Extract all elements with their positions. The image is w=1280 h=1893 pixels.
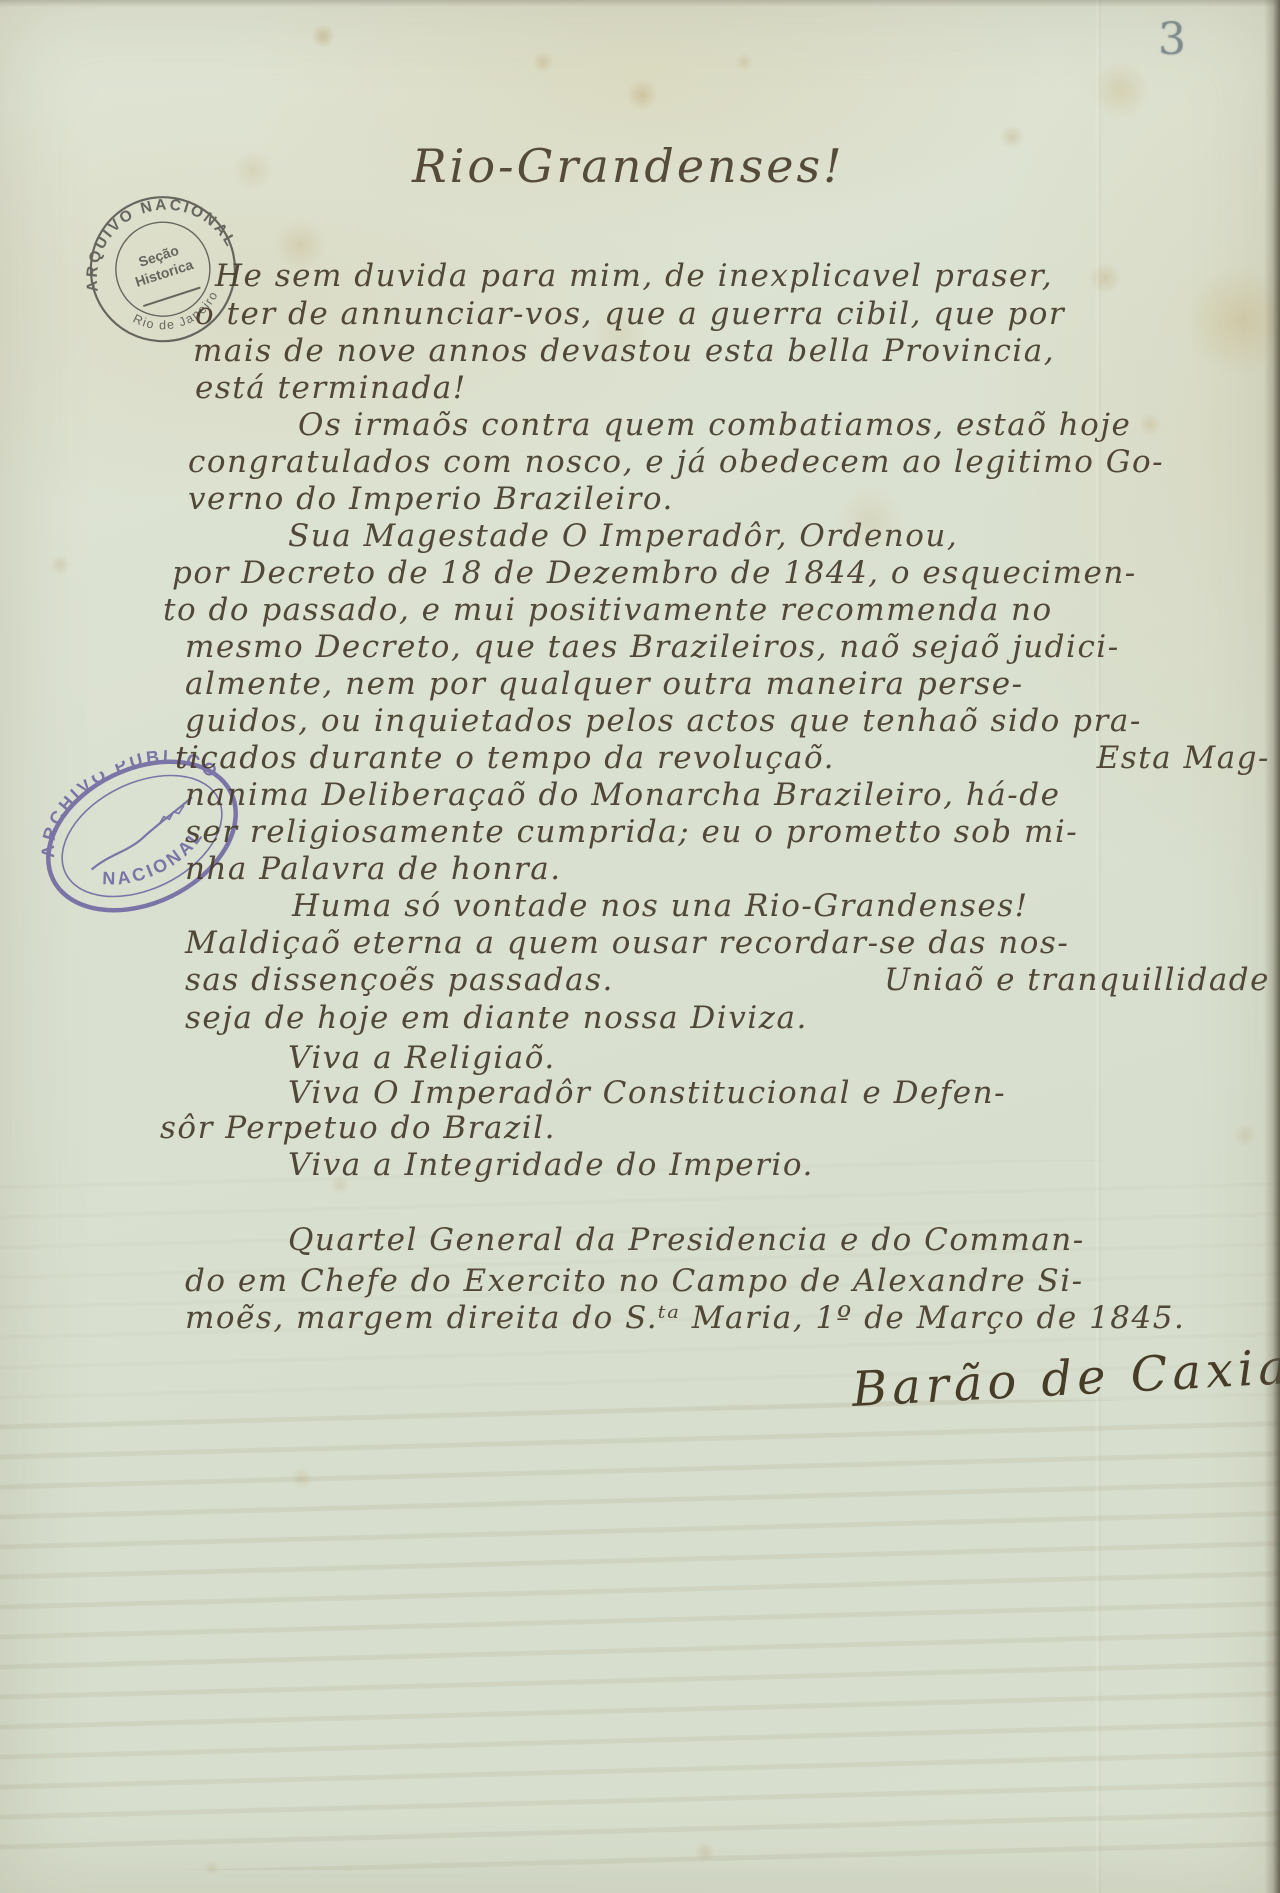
manuscript-line: por Decreto de 18 de Dezembro de 1844, o…: [172, 555, 1137, 591]
manuscript-line: nanima Deliberaçaõ do Monarcha Brazileir…: [185, 777, 1060, 813]
manuscript-line-right: Esta Mag-: [1097, 740, 1270, 776]
manuscript-line: moẽs, margem direita do S.ᵗᵃ Maria, 1º d…: [185, 1300, 1185, 1336]
manuscript-line: almente, nem por qualquer outra maneira …: [185, 666, 1024, 702]
manuscript-line: He sem duvida para mim, de inexplicavel …: [215, 258, 1053, 294]
stamp-center-line1: Seção: [136, 242, 180, 270]
manuscript-line: Viva a Religiaõ.: [288, 1040, 556, 1076]
paper-right-edge: [1264, 0, 1280, 1893]
manuscript-line: mesmo Decreto, que taes Brazileiros, naõ…: [185, 629, 1120, 665]
manuscript-line: Os irmaõs contra quem combatiamos, estaõ…: [298, 407, 1131, 443]
manuscript-line-right: Uniaõ e tranquillidade: [884, 962, 1270, 998]
manuscript-line: sôr Perpetuo do Brazil.: [160, 1110, 556, 1146]
document-title: Rio-Grandenses!: [412, 148, 845, 184]
manuscript-line: ticados durante o tempo da revoluçaõ. Es…: [175, 740, 1270, 776]
stamp-center-line2: Historica: [133, 256, 195, 290]
manuscript-line: mais de nove annos devastou esta bella P…: [193, 333, 1055, 369]
manuscript-line: seja de hoje em diante nossa Diviza.: [185, 1000, 808, 1036]
manuscript-line: sas dissençoẽs passadas. Uniaõ e tranqui…: [185, 962, 1270, 998]
manuscript-line-left: ticados durante o tempo da revoluçaõ.: [175, 740, 835, 776]
signature: Barão de Caxias: [851, 1347, 1280, 1408]
page-number: 3: [1158, 14, 1186, 65]
manuscript-line: do em Chefe do Exercito no Campo de Alex…: [185, 1263, 1084, 1299]
paper-top-edge: [0, 0, 1280, 7]
manuscript-line: nha Palavra de honra.: [185, 851, 562, 887]
manuscript-line: Viva O Imperadôr Constitucional e Defen-: [288, 1075, 1006, 1111]
paper-fold-line: [1095, 0, 1102, 1893]
manuscript-line: Maldiçaõ eterna a quem ousar recordar-se…: [185, 925, 1069, 961]
manuscript-line: ser religiosamente cumprida; eu o promet…: [185, 814, 1078, 850]
ink-showthrough-lines: [0, 1400, 1280, 1870]
manuscript-line-left: sas dissençoẽs passadas.: [185, 962, 614, 998]
manuscript-line: está terminada!: [195, 370, 467, 406]
manuscript-line: o ter de annunciar-vos, que a guerra cib…: [195, 296, 1065, 332]
manuscript-line: Viva a Integridade do Imperio.: [288, 1147, 814, 1183]
manuscript-line: congratulados com nosco, e já obedecem a…: [188, 444, 1164, 480]
manuscript-line: verno do Imperio Brazileiro.: [188, 481, 674, 517]
manuscript-line: to do passado, e mui positivamente recom…: [163, 592, 1053, 628]
manuscript-line: Quartel General da Presidencia e do Comm…: [288, 1222, 1085, 1258]
manuscript-line: Sua Magestade O Imperadôr, Ordenou,: [288, 518, 958, 554]
manuscript-page: 3 ARQUIVO NACIONAL Rio de Janeiro Seção …: [0, 0, 1280, 1893]
manuscript-line: Huma só vontade nos una Rio-Grandenses!: [292, 888, 1029, 924]
manuscript-line: guidos, ou inquietados pelos actos que t…: [185, 703, 1142, 739]
